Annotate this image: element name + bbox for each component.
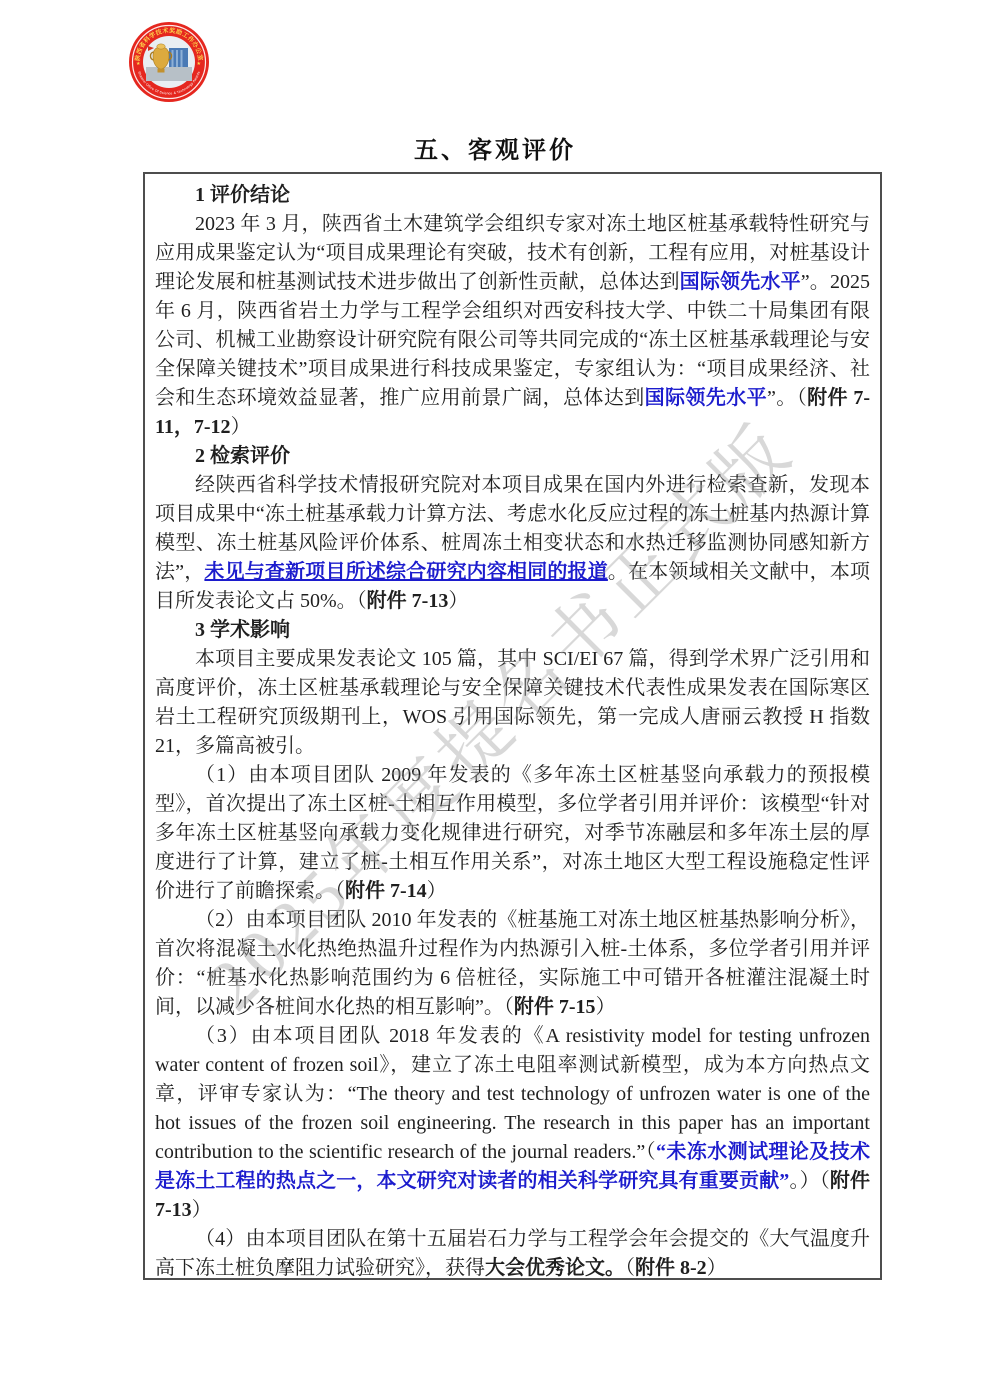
text-run: ”。（: [767, 387, 807, 409]
bold-text-run: 1 评价结论: [195, 184, 290, 206]
highlight-text-run: 未见与查新项目所述综合研究内容相同的报道: [204, 561, 608, 583]
text-run: ）: [707, 1257, 727, 1279]
highlight-text-run: 国际领先水平: [645, 387, 767, 409]
seal-star-left-icon: ★: [136, 61, 141, 67]
paragraph: （1）由本项目团队 2009 年发表的《多年冻土区桩基竖向承载力的预报模型》，首…: [155, 761, 870, 906]
text-run: ）: [427, 880, 447, 902]
bold-text-run: 附件 7-15: [514, 996, 596, 1018]
text-run: （1）由本项目团队 2009 年发表的《多年冻土区桩基竖向承载力的预报模型》，首…: [155, 764, 870, 902]
paragraph: 本项目主要成果发表论文 105 篇，其中 SCI/EI 67 篇，得到学术界广泛…: [155, 645, 870, 761]
seal-star-right-icon: ★: [197, 61, 202, 67]
document-page: { "page": { "title": "五、客观评价" }, "waterm…: [0, 0, 990, 1399]
bold-text-run: 大会优秀论文。: [485, 1257, 625, 1279]
section-heading: 2 检索评价: [155, 442, 870, 471]
section-heading: 3 学术影响: [155, 616, 870, 645]
text-run: ）: [596, 996, 616, 1018]
official-seal-icon: 陕西省科学技术奖励工作办公室 Shaanxi Office Of Science…: [128, 21, 210, 103]
bold-text-run: 附件 7-13: [367, 590, 449, 612]
text-run: ）: [231, 416, 251, 438]
bold-text-run: 附件 7-14: [345, 880, 427, 902]
content-box: 1 评价结论2023 年 3 月，陕西省土木建筑学会组织专家对冻土地区桩基承载特…: [143, 172, 882, 1280]
section-heading: 1 评价结论: [155, 181, 870, 210]
paragraph: 经陕西省科学技术情报研究院对本项目成果在国内外进行检索查新，发现本项目成果中“冻…: [155, 471, 870, 616]
paragraph: （2）由本项目团队 2010 年发表的《桩基施工对冻土地区桩基热影响分析》，首次…: [155, 906, 870, 1022]
text-run: （: [625, 1257, 635, 1279]
page-title: 五、客观评价: [0, 130, 990, 165]
paragraph: （3）由本项目团队 2018 年发表的《A resistivity model …: [155, 1022, 870, 1225]
paragraph: （4）由本项目团队在第十五届岩石力学与工程学会年会提交的《大气温度升高下冻土桩负…: [155, 1225, 870, 1280]
paragraph: 2023 年 3 月，陕西省土木建筑学会组织专家对冻土地区桩基承载特性研究与应用…: [155, 210, 870, 442]
text-run: 。）（: [789, 1170, 830, 1192]
text-run: ）: [192, 1199, 212, 1221]
text-run: （2）由本项目团队 2010 年发表的《桩基施工对冻土地区桩基热影响分析》，首次…: [155, 909, 870, 1018]
seal-graphic-icon: 陕西省科学技术奖励工作办公室 Shaanxi Office Of Science…: [128, 21, 210, 103]
text-run: ）: [448, 590, 468, 612]
text-run: 本项目主要成果发表论文 105 篇，其中 SCI/EI 67 篇，得到学术界广泛…: [155, 648, 870, 757]
bold-text-run: 3 学术影响: [195, 619, 290, 641]
bold-text-run: 2 检索评价: [195, 445, 290, 467]
bold-text-run: 附件 8-2: [635, 1257, 707, 1279]
highlight-text-run: 国际领先水平: [680, 271, 801, 293]
